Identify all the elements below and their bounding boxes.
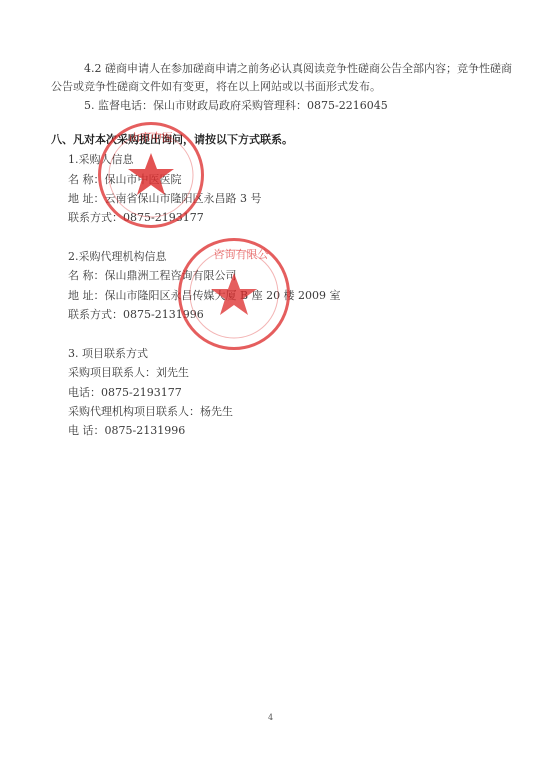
agency-contact: 联系方式：0875-2131996 <box>68 308 204 322</box>
purchaser-project-phone: 电话：0875-2193177 <box>68 386 182 400</box>
agency-project-contact: 采购代理机构项目联系人：杨先生 <box>68 405 233 419</box>
paragraph-4-2-line2: 公告或竞争性磋商文件如有变更，将在以上网站或以书面形式发布。 <box>51 80 381 94</box>
agency-info-title: 2.采购代理机构信息 <box>68 250 167 264</box>
svg-text:咨询有限公: 咨询有限公 <box>214 248 269 261</box>
project-contacts-title: 3. 项目联系方式 <box>68 347 148 361</box>
page-number: 4 <box>268 713 273 722</box>
purchaser-contact: 联系方式：0875-2193177 <box>68 211 204 225</box>
document-page: 4.2 磋商申请人在参加磋商申请之前务必认真阅读竞争性磋商公告全部内容；竞争性磋… <box>0 0 546 764</box>
purchaser-info-title: 1.采购人信息 <box>68 153 134 167</box>
purchaser-address: 地 址：云南省保山市隆阳区永昌路 3 号 <box>68 192 262 206</box>
paragraph-5-supervision-phone: 5. 监督电话：保山市财政局政府采购管理科：0875-2216045 <box>84 99 388 113</box>
purchaser-name: 名 称：保山市中医医院 <box>68 173 182 187</box>
agency-project-phone: 电 话：0875-2131996 <box>68 424 185 438</box>
agency-name: 名 称：保山鼎洲工程咨询有限公司 <box>68 269 237 283</box>
agency-address: 地 址：保山市隆阳区永昌传媒大厦 B 座 20 楼 2009 室 <box>68 289 341 303</box>
section-8-heading: 八、凡对本次采购提出询问，请按以下方式联系。 <box>51 133 293 147</box>
paragraph-4-2-line1: 4.2 磋商申请人在参加磋商申请之前务必认真阅读竞争性磋商公告全部内容；竞争性磋… <box>84 62 512 76</box>
purchaser-project-contact: 采购项目联系人：刘先生 <box>68 366 189 380</box>
